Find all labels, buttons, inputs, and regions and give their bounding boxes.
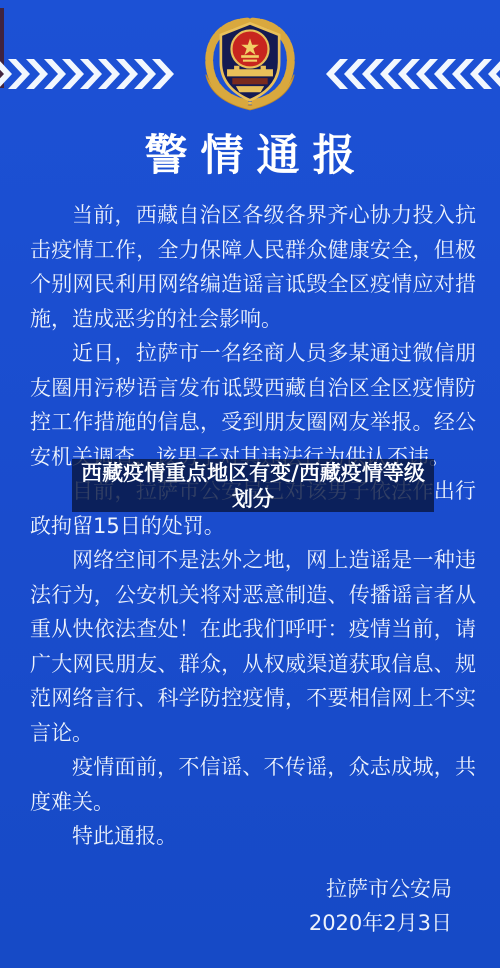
police-notice-poster: 警情通报 当前，西藏自治区各级各界齐心协力投入抗击疫情工作，全力保障人民群众健康… bbox=[0, 0, 500, 968]
notice-paragraph: 当前，西藏自治区各级各界齐心协力投入抗击疫情工作，全力保障人民群众健康安全，但极… bbox=[30, 198, 476, 336]
chevrons-right-icon bbox=[320, 59, 500, 89]
caption-overlay: 西藏疫情重点地区有变/西藏疫情等级划分 bbox=[72, 459, 434, 512]
notice-body: 当前，西藏自治区各级各界齐心协力投入抗击疫情工作，全力保障人民群众健康安全，但极… bbox=[30, 198, 476, 941]
signature-block: 拉萨市公安局 2020年2月3日 bbox=[30, 872, 476, 941]
notice-paragraph: 疫情面前，不信谣、不传谣，众志成城，共度难关。 bbox=[30, 750, 476, 819]
notice-paragraph: 近日，拉萨市一名经商人员多某通过微信朋友圈用污秽语言发布诋毁西藏自治区全区疫情防… bbox=[30, 336, 476, 474]
caption-text: 西藏疫情重点地区有变/西藏疫情等级划分 bbox=[80, 460, 426, 512]
notice-paragraph: 网络空间不是法外之地，网上造谣是一种违法行为，公安机关将对恶意制造、传播谣言者从… bbox=[30, 543, 476, 750]
signature-date: 2020年2月3日 bbox=[30, 906, 452, 941]
notice-title: 警情通报 bbox=[0, 131, 500, 181]
signature-org: 拉萨市公安局 bbox=[30, 872, 452, 907]
police-badge-icon bbox=[197, 11, 303, 117]
chevrons-left-icon bbox=[0, 59, 180, 89]
notice-paragraph: 特此通报。 bbox=[30, 819, 476, 854]
